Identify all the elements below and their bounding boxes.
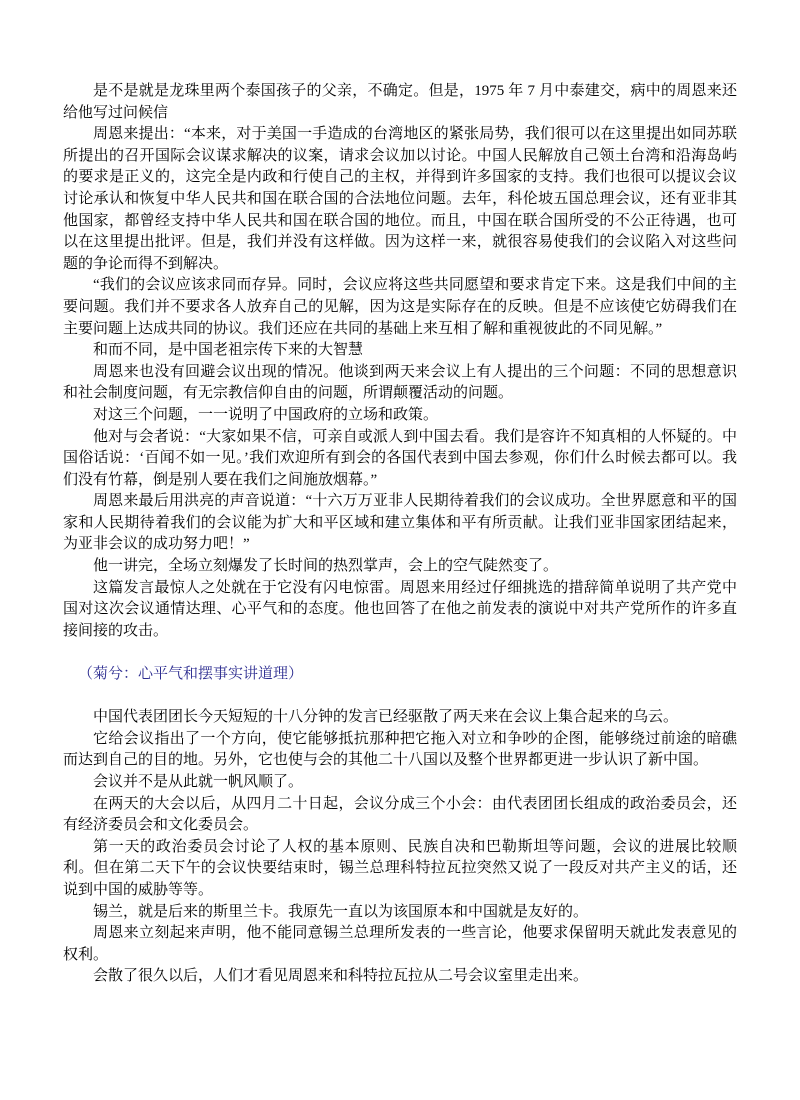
- paragraph: 锡兰，就是后来的斯里兰卡。我原先一直以为该国原本和中国就是友好的。: [63, 902, 737, 924]
- annotation-paragraph: （菊兮：心平气和摆事实讲道理）: [63, 664, 737, 686]
- paragraph: 是不是就是龙珠里两个泰国孩子的父亲，不确定。但是，1975 年 7 月中泰建交，…: [63, 81, 737, 124]
- paragraph: 会议并不是从此就一帆风顺了。: [63, 772, 737, 794]
- paragraph: 他对与会者说：“大家如果不信，可亲自或派人到中国去看。我们是容许不知真相的人怀疑…: [63, 427, 737, 492]
- paragraph: 他一讲完，全场立刻爆发了长时间的热烈掌声，会上的空气陡然变了。: [63, 556, 737, 578]
- paragraph: 对这三个问题，一一说明了中国政府的立场和政策。: [63, 405, 737, 427]
- paragraph: 第一天的政治委员会讨论了人权的基本原则、民族自决和巴勒斯坦等问题，会议的进展比较…: [63, 837, 737, 902]
- paragraph: 这篇发言最惊人之处就在于它没有闪电惊雷。周恩来用经过仔细挑选的措辞简单说明了共产…: [63, 578, 737, 643]
- paragraph: 它给会议指出了一个方向，使它能够抵抗那种把它拖入对立和争吵的企图，能够绕过前途的…: [63, 729, 737, 772]
- paragraph: “我们的会议应该求同而存异。同时，会议应将这些共同愿望和要求肯定下来。这是我们中…: [63, 275, 737, 340]
- paragraph: 中国代表团团长今天短短的十八分钟的发言已经驱散了两天来在会议上集合起来的乌云。: [63, 707, 737, 729]
- document-body: 是不是就是龙珠里两个泰国孩子的父亲，不确定。但是，1975 年 7 月中泰建交，…: [63, 81, 737, 988]
- document-page: 是不是就是龙珠里两个泰国孩子的父亲，不确定。但是，1975 年 7 月中泰建交，…: [0, 0, 800, 1100]
- paragraph: 周恩来提出：“本来，对于美国一手造成的台湾地区的紧张局势，我们很可以在这里提出如…: [63, 124, 737, 275]
- paragraph: 周恩来立刻起来声明，他不能同意锡兰总理所发表的一些言论，他要求保留明天就此发表意…: [63, 923, 737, 966]
- paragraph: 周恩来也没有回避会议出现的情况。他谈到两天来会议上有人提出的三个问题：不同的思想…: [63, 362, 737, 405]
- paragraph: 在两天的大会以后，从四月二十日起，会议分成三个小会：由代表团团长组成的政治委员会…: [63, 794, 737, 837]
- paragraph: 周恩来最后用洪亮的声音说道：“十六万万亚非人民期待着我们的会议成功。全世界愿意和…: [63, 491, 737, 556]
- paragraph: 和而不同，是中国老祖宗传下来的大智慧: [63, 340, 737, 362]
- paragraph: 会散了很久以后，人们才看见周恩来和科特拉瓦拉从二号会议室里走出来。: [63, 966, 737, 988]
